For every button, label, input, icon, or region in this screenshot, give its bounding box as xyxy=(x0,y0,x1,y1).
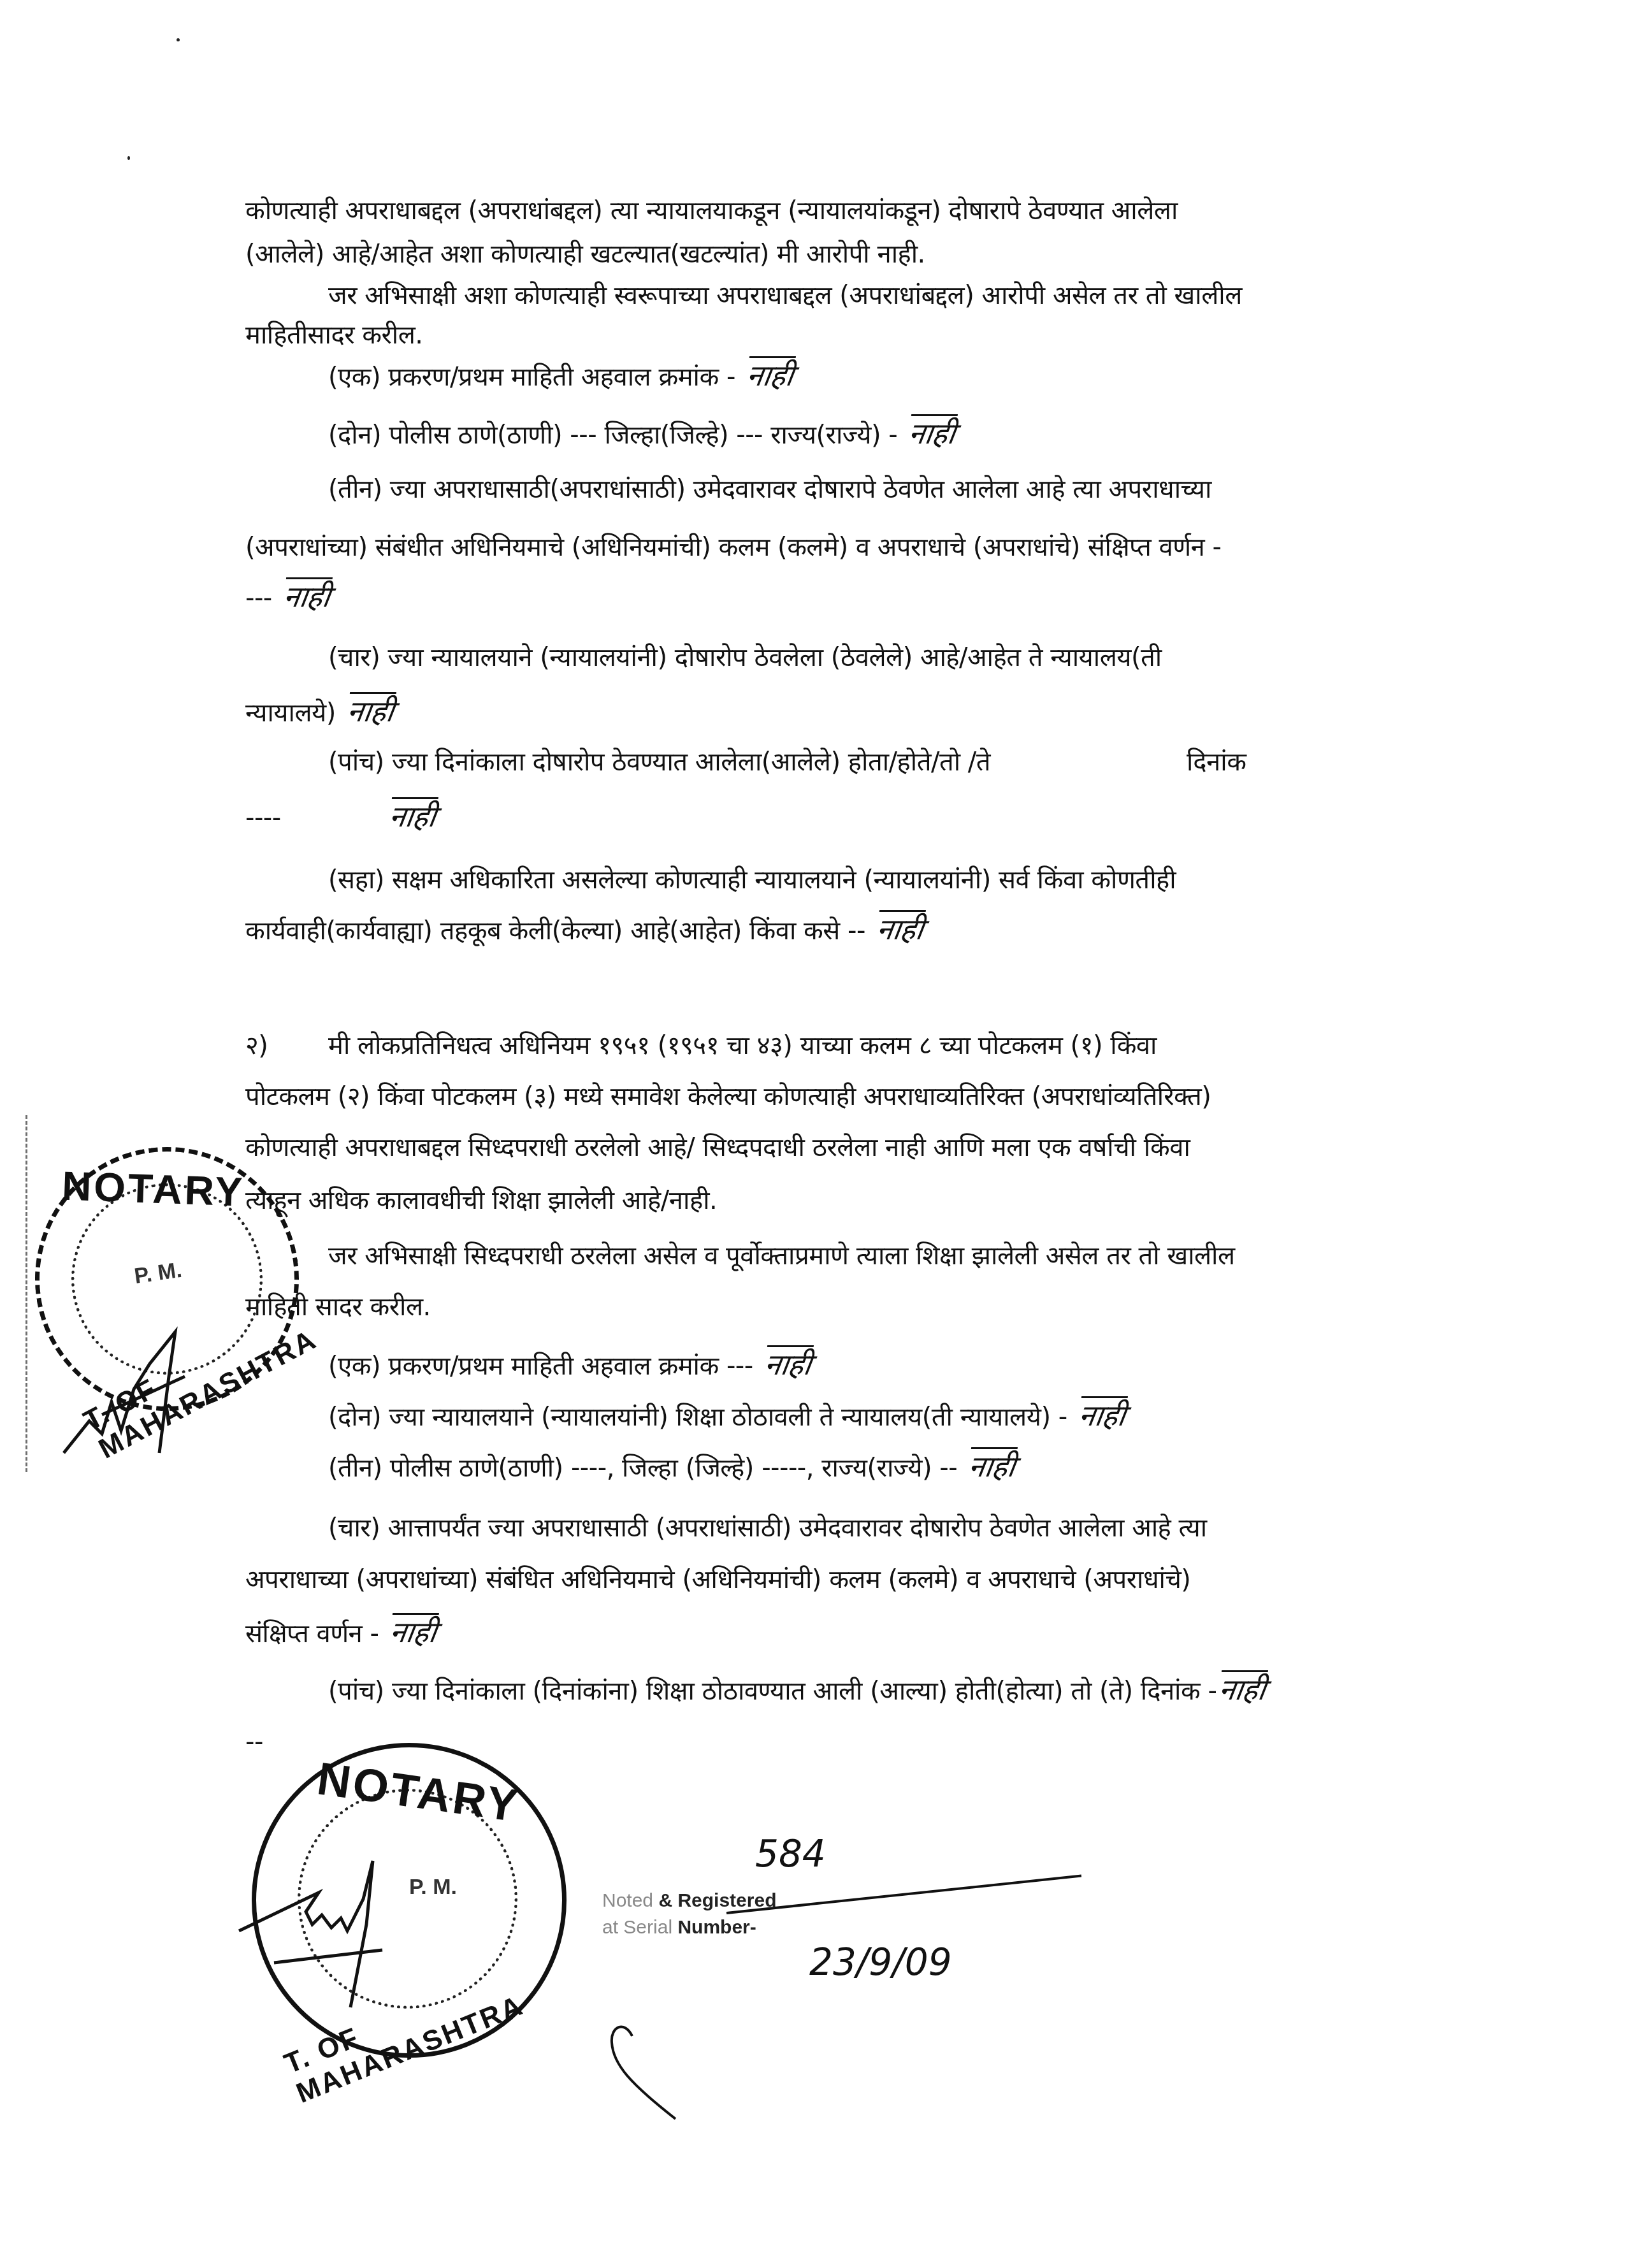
s1-item-3-line1: (तीन) ज्या अपराधासाठी(अपराधांसाठी) उमेदव… xyxy=(328,473,1211,506)
s1-item-3-line3: ---नाही xyxy=(245,580,330,615)
pen-mark xyxy=(605,2020,695,2122)
handwritten-answer: नाही xyxy=(744,359,795,392)
section1-line3: जर अभिसाक्षी अशा कोणत्याही स्वरूपाच्या अ… xyxy=(328,279,1242,312)
registration-label: Noted & Registered at Serial Number- xyxy=(602,1888,776,1941)
s2-item-2: (दोन) ज्या न्यायालयाने (न्यायालयांनी) शि… xyxy=(328,1399,1125,1434)
s2-item-1-text: (एक) प्रकरण/प्रथम माहिती अहवाल क्रमांक -… xyxy=(328,1352,753,1381)
s2-item-3: (तीन) पोलीस ठाणे(ठाणी) ----, जिल्हा (जिल… xyxy=(328,1450,1015,1485)
s1-item-5-dashes: ---- xyxy=(245,804,281,833)
s1-item-6-line2: कार्यवाही(कार्यवाह्या) तहकूब केली(केल्या… xyxy=(245,913,923,948)
signature-bottom xyxy=(236,1854,440,2014)
handwritten-answer: नाही xyxy=(345,695,396,728)
s1-item-3-line2: (अपराधांच्या) संबंधीत अधिनियमाचे (अधिनिय… xyxy=(245,531,1221,564)
s2-item-5-text: (पांच) ज्या दिनांकाला (दिनांकांना) शिक्ष… xyxy=(328,1677,1217,1706)
registration-fraction-line xyxy=(726,1874,1081,1914)
section2-line1-text: मी लोकप्रतिनिधत्व अधिनियम १९५१ (१९५१ चा … xyxy=(328,1031,1157,1060)
scan-speck xyxy=(127,156,130,160)
s2-item-4-text3: संक्षिप्त वर्णन - xyxy=(245,1619,379,1649)
s1-item-4-line2: न्यायालये)नाही xyxy=(245,695,394,730)
s1-item-1: (एक) प्रकरण/प्रथम माहिती अहवाल क्रमांक -… xyxy=(328,359,793,394)
s1-item-6-line1: (सहा) सक्षम अधिकारिता असलेल्या कोणत्याही… xyxy=(328,863,1176,897)
s1-item-4-text2: न्यायालये) xyxy=(245,698,336,728)
s1-item-1-text: (एक) प्रकरण/प्रथम माहिती अहवाल क्रमांक - xyxy=(328,363,735,392)
handwritten-answer: नाही xyxy=(762,1348,813,1381)
s2-item-1: (एक) प्रकरण/प्रथम माहिती अहवाल क्रमांक -… xyxy=(328,1348,811,1383)
s2-item-3-text: (तीन) पोलीस ठाणे(ठाणी) ----, जिल्हा (जिल… xyxy=(328,1454,957,1483)
s2-item-5: (पांच) ज्या दिनांकाला (दिनांकांना) शिक्ष… xyxy=(328,1673,1266,1708)
stamp-top-text: NOTARY xyxy=(61,1162,246,1216)
s2-item-4-line3: संक्षिप्त वर्णन -नाही xyxy=(245,1615,437,1650)
section2-number: २) xyxy=(245,1029,328,1062)
s2-item-4-line2: अपराधाच्या (अपराधांच्या) संबंधित अधिनियम… xyxy=(245,1563,1190,1596)
handwritten-answer: नाही xyxy=(281,580,332,613)
handwritten-answer: नाही xyxy=(966,1450,1017,1483)
s1-item-5-line2: ----नाही xyxy=(245,800,436,835)
document-page: कोणत्याही अपराधाबद्दल (अपराधांबद्दल) त्य… xyxy=(0,0,1625,2268)
registration-label-line2: at Serial Number- xyxy=(602,1914,776,1941)
handwritten-answer: नाही xyxy=(1076,1399,1127,1432)
s2-item-2-text: (दोन) ज्या न्यायालयाने (न्यायालयांनी) शि… xyxy=(328,1403,1067,1432)
s1-item-4-line1: (चार) ज्या न्यायालयाने (न्यायालयांनी) दो… xyxy=(328,641,1162,674)
section2-line3: कोणत्याही अपराधाबद्दल सिध्दपराधी ठरलेलो … xyxy=(245,1131,1190,1164)
section1-line4: माहितीसादर करील. xyxy=(245,319,423,352)
scan-edge-mark xyxy=(25,1115,29,1472)
signature-left xyxy=(38,1325,204,1466)
registration-serial-number: 584 xyxy=(755,1832,826,1875)
handwritten-answer: नाही xyxy=(874,913,925,946)
s1-item-6-text2: कार्यवाही(कार्यवाह्या) तहकूब केली(केल्या… xyxy=(245,916,865,946)
section1-line2: (आलेले) आहे/आहेत अशा कोणत्याही खटल्यात(ख… xyxy=(245,238,925,271)
handwritten-answer: नाही xyxy=(907,417,958,450)
handwritten-answer: नाही xyxy=(388,1615,439,1649)
s1-item-5-date-label: दिनांक xyxy=(1187,746,1246,779)
registration-date: 23/9/09 xyxy=(809,1940,952,1984)
section2-line5: जर अभिसाक्षी सिध्दपराधी ठरलेला असेल व पू… xyxy=(328,1239,1235,1273)
scan-speck xyxy=(177,38,180,41)
handwritten-answer: नाही xyxy=(1217,1673,1268,1706)
s2-item-5-line2: -- xyxy=(245,1726,263,1759)
s1-item-3-dashes: --- xyxy=(245,584,272,613)
s1-item-2-text: (दोन) पोलीस ठाणे(ठाणी) --- जिल्हा(जिल्हे… xyxy=(328,421,897,450)
section2-line2: पोटकलम (२) किंवा पोटकलम (३) मध्ये समावेश… xyxy=(245,1080,1211,1113)
s1-item-2: (दोन) पोलीस ठाणे(ठाणी) --- जिल्हा(जिल्हे… xyxy=(328,417,955,452)
section2-line4: त्याहून अधिक कालावधीची शिक्षा झालेली आहे… xyxy=(245,1184,717,1217)
section2-line1: २)मी लोकप्रतिनिधत्व अधिनियम १९५१ (१९५१ च… xyxy=(245,1029,1157,1062)
section1-line1: कोणत्याही अपराधाबद्दल (अपराधांबद्दल) त्य… xyxy=(245,194,1178,228)
s1-item-5-line1: (पांच) ज्या दिनांकाला दोषारोप ठेवण्यात आ… xyxy=(328,746,990,779)
handwritten-answer: नाही xyxy=(387,800,438,833)
s2-item-4-line1: (चार) आत्तापर्यंत ज्या अपराधासाठी (अपराध… xyxy=(328,1512,1207,1545)
